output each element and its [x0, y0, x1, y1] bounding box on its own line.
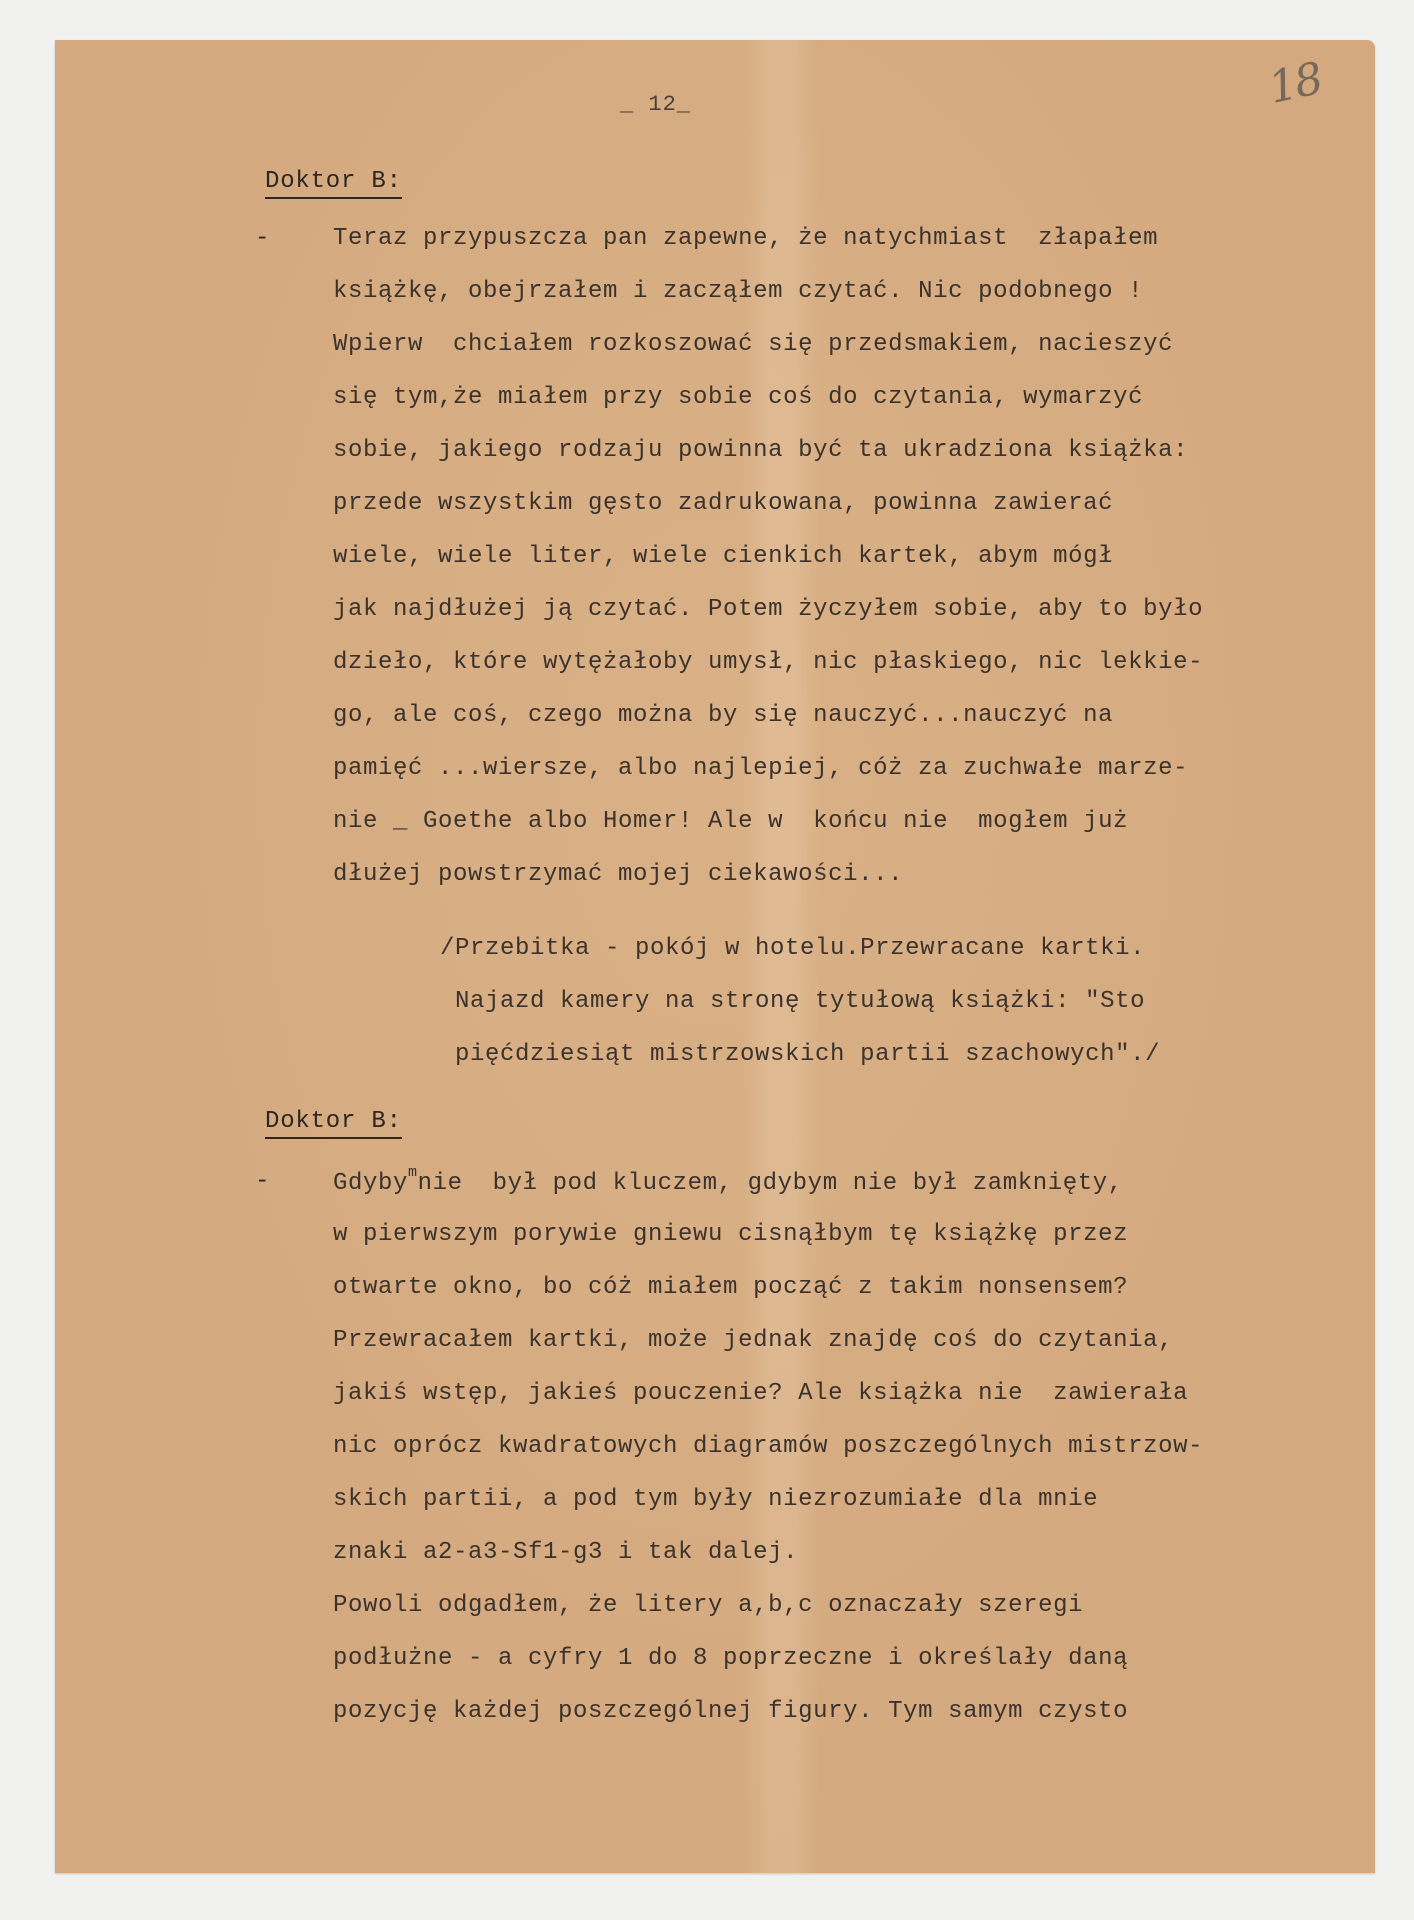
dialogue-dash: - — [255, 1168, 269, 1195]
dialogue-line: go, ale coś, czego można by się nauczyć.… — [333, 702, 1113, 729]
dialogue-line: wiele, wiele liter, wiele cienkich karte… — [333, 543, 1113, 570]
dialogue-line: otwarte okno, bo cóż miałem począć z tak… — [333, 1274, 1128, 1301]
line-text: nie był pod kluczem, gdybym nie był zamk… — [418, 1170, 1123, 1197]
line-text: Gdyby — [333, 1170, 408, 1197]
dialogue-line: jakiś wstęp, jakieś pouczenie? Ale książ… — [333, 1380, 1188, 1407]
handwritten-folio-number: 18 — [1264, 53, 1325, 114]
dialogue-line: Teraz przypuszcza pan zapewne, że natych… — [333, 225, 1158, 252]
dialogue-line: książkę, obejrzałem i zacząłem czytać. N… — [333, 278, 1143, 305]
dialogue-line: podłużne - a cyfry 1 do 8 poprzeczne i o… — [333, 1645, 1128, 1672]
stage-direction-line: /Przebitka - pokój w hotelu.Przewracane … — [440, 935, 1145, 962]
dialogue-line: dłużej powstrzymać mojej ciekawości... — [333, 861, 903, 888]
dialogue-line: pozycję każdej poszczególnej figury. Tym… — [333, 1698, 1128, 1725]
dialogue-dash: - — [255, 225, 269, 252]
speaker-heading: Doktor B: — [265, 168, 402, 199]
dialogue-line: w pierwszym porywie gniewu cisnąłbym tę … — [333, 1221, 1128, 1248]
dialogue-line: Przewracałem kartki, może jednak znajdę … — [333, 1327, 1173, 1354]
dialogue-line: Wpierw chciałem rozkoszować się przedsma… — [333, 331, 1173, 358]
stage-direction-line: pięćdziesiąt mistrzowskich partii szacho… — [440, 1041, 1160, 1068]
dialogue-line: przede wszystkim gęsto zadrukowana, powi… — [333, 490, 1113, 517]
dialogue-line: pamięć ...wiersze, albo najlepiej, cóż z… — [333, 755, 1188, 782]
stage-direction-line: Najazd kamery na stronę tytułową książki… — [440, 988, 1145, 1015]
dialogue-line: Gdybymnie był pod kluczem, gdybym nie by… — [333, 1168, 1123, 1197]
speaker-heading: Doktor B: — [265, 1108, 402, 1139]
dialogue-line: nie _ Goethe albo Homer! Ale w końcu nie… — [333, 808, 1128, 835]
dialogue-line: znaki a2-a3-Sf1-g3 i tak dalej. — [333, 1539, 798, 1566]
dialogue-line: nic oprócz kwadratowych diagramów poszcz… — [333, 1433, 1203, 1460]
dialogue-line: jak najdłużej ją czytać. Potem życzyłem … — [333, 596, 1203, 623]
dialogue-line: dzieło, które wytężałoby umysł, nic płas… — [333, 649, 1203, 676]
dialogue-line: Powoli odgadłem, że litery a,b,c oznacza… — [333, 1592, 1083, 1619]
typewritten-page: _ 12_ 18 Doktor B: - Teraz przypuszcza p… — [55, 40, 1375, 1873]
dialogue-line: skich partii, a pod tym były niezrozumia… — [333, 1486, 1098, 1513]
page-number: _ 12_ — [620, 92, 691, 117]
dialogue-line: sobie, jakiego rodzaju powinna być ta uk… — [333, 437, 1188, 464]
typed-insertion: m — [408, 1164, 418, 1181]
dialogue-line: się tym,że miałem przy sobie coś do czyt… — [333, 384, 1143, 411]
